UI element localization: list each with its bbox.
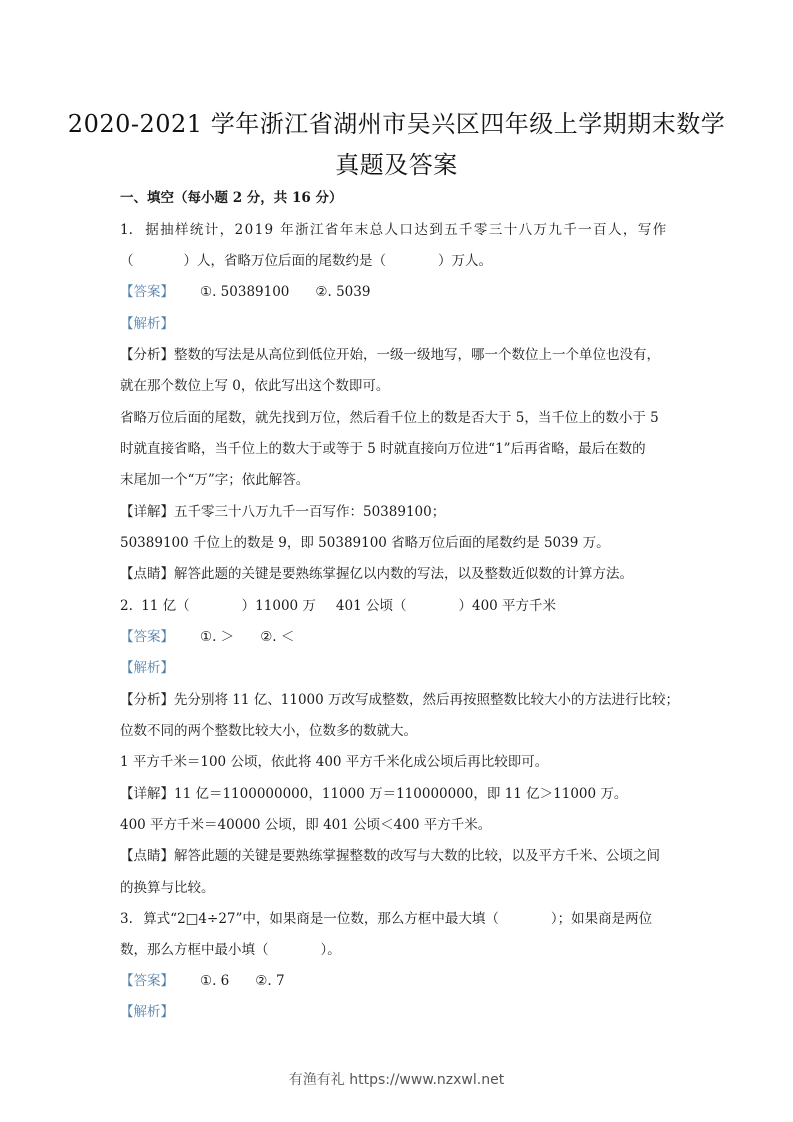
question-1-stem-line2: （）人，省略万位后面的尾数约是（）万人。 <box>120 249 680 269</box>
detail-line: 400 平方千米＝40000 公顷，即 401 公顷＜400 平方千米。 <box>120 813 680 833</box>
detail-line: 50389100 千位上的数是 9，即 50389100 省略万位后面的尾数约是… <box>120 531 680 551</box>
explanation-label: 【解析】 <box>120 1004 174 1020</box>
question-2-analysis: 【分析】先分别将 11 亿、11000 万改写成整数，然后再按照整数比较大小的方… <box>120 688 680 708</box>
question-3-answer: 【答案】①. 6②. 7 <box>120 969 680 989</box>
question-2-comment: 【点睛】解答此题的关键是要熟练掌握整数的改写与大数的比较，以及平方千米、公顷之间 <box>120 844 680 864</box>
analysis-line: 就在那个数位上写 0，依此写出这个数即可。 <box>120 374 680 394</box>
question-number: 2. <box>120 598 133 614</box>
question-3-explanation-label: 【解析】 <box>120 1000 680 1020</box>
question-1-analysis: 【分析】整数的写法是从高位到低位开始，一级一级地写，哪一个数位上一个单位也没有， <box>120 343 680 363</box>
section-heading: 一、填空（每小题 2 分，共 16 分） <box>120 186 680 206</box>
answer-item: ①. ＞ <box>200 625 234 645</box>
answer-item: ②. 5039 <box>315 284 370 300</box>
answer-item: ②. ＜ <box>260 625 294 645</box>
detail-label: 【详解】 <box>120 504 174 520</box>
explanation-label: 【解析】 <box>120 660 174 676</box>
question-1-answer: 【答案】①. 50389100②. 5039 <box>120 280 680 300</box>
comment-label: 【点睛】 <box>120 566 174 582</box>
document-title-line1: 2020-2021 学年浙江省湖州市吴兴区四年级上学期期末数学 <box>0 104 793 139</box>
answer-label: 【答案】 <box>120 973 174 989</box>
answer-item: ①. 6 <box>200 973 229 989</box>
question-1-comment: 【点睛】解答此题的关键是要熟练掌握亿以内数的写法，以及整数近似数的计算方法。 <box>120 562 680 582</box>
comment-label: 【点睛】 <box>120 848 174 864</box>
analysis-line: 1 平方千米＝100 公顷，依此将 400 平方千米化成公顷后再比较即可。 <box>120 750 680 770</box>
question-3-stem-line1: 3. 算式“2□4÷27”中，如果商是一位数，那么方框中最大填（）；如果商是两位 <box>120 907 680 927</box>
question-2-explanation-label: 【解析】 <box>120 656 680 676</box>
question-2-answer: 【答案】①. ＞②. ＜ <box>120 625 680 645</box>
detail-label: 【详解】 <box>120 786 174 802</box>
answer-label: 【答案】 <box>120 629 174 645</box>
question-1-detail: 【详解】五千零三十八万九千一百写作：50389100； <box>120 500 680 520</box>
analysis-label: 【分析】 <box>120 692 174 708</box>
comment-line: 的换算与比较。 <box>120 876 680 896</box>
answer-item: ②. 7 <box>255 973 284 989</box>
question-number: 3. <box>120 911 133 927</box>
analysis-line: 省略万位后面的尾数，就先找到万位，然后看千位上的数是否大于 5，当千位上的数小于… <box>120 406 680 426</box>
answer-item: ①. 50389100 <box>200 284 289 300</box>
question-3-stem-line2: 数，那么方框中最小填（）。 <box>120 938 680 958</box>
question-1-explanation-label: 【解析】 <box>120 312 680 332</box>
question-1-stem-line1: 1. 据抽样统计，2019 年浙江省年末总人口达到五千零三十八万九千一百人，写作 <box>120 218 680 238</box>
document-page: 2020-2021 学年浙江省湖州市吴兴区四年级上学期期末数学 真题及答案 一、… <box>0 0 793 1122</box>
document-title-line2: 真题及答案 <box>0 145 793 180</box>
question-number: 1. <box>120 222 133 238</box>
analysis-line: 时就直接省略，当千位上的数大于或等于 5 时就直接向万位进“1”后再省略，最后在… <box>120 437 680 457</box>
footer-watermark: 有渔有礼 https://www.nzxwl.net <box>0 1069 793 1089</box>
question-2-stem: 2. 11 亿（）11000 万401 公顷（）400 平方千米 <box>120 594 680 614</box>
analysis-line: 位数不同的两个整数比较大小，位数多的数就大。 <box>120 719 680 739</box>
question-2-detail: 【详解】11 亿＝1100000000，11000 万＝110000000，即 … <box>120 782 680 802</box>
answer-label: 【答案】 <box>120 284 174 300</box>
analysis-label: 【分析】 <box>120 347 174 363</box>
explanation-label: 【解析】 <box>120 316 174 332</box>
analysis-line: 末尾加一个“万”字；依此解答。 <box>120 468 680 488</box>
